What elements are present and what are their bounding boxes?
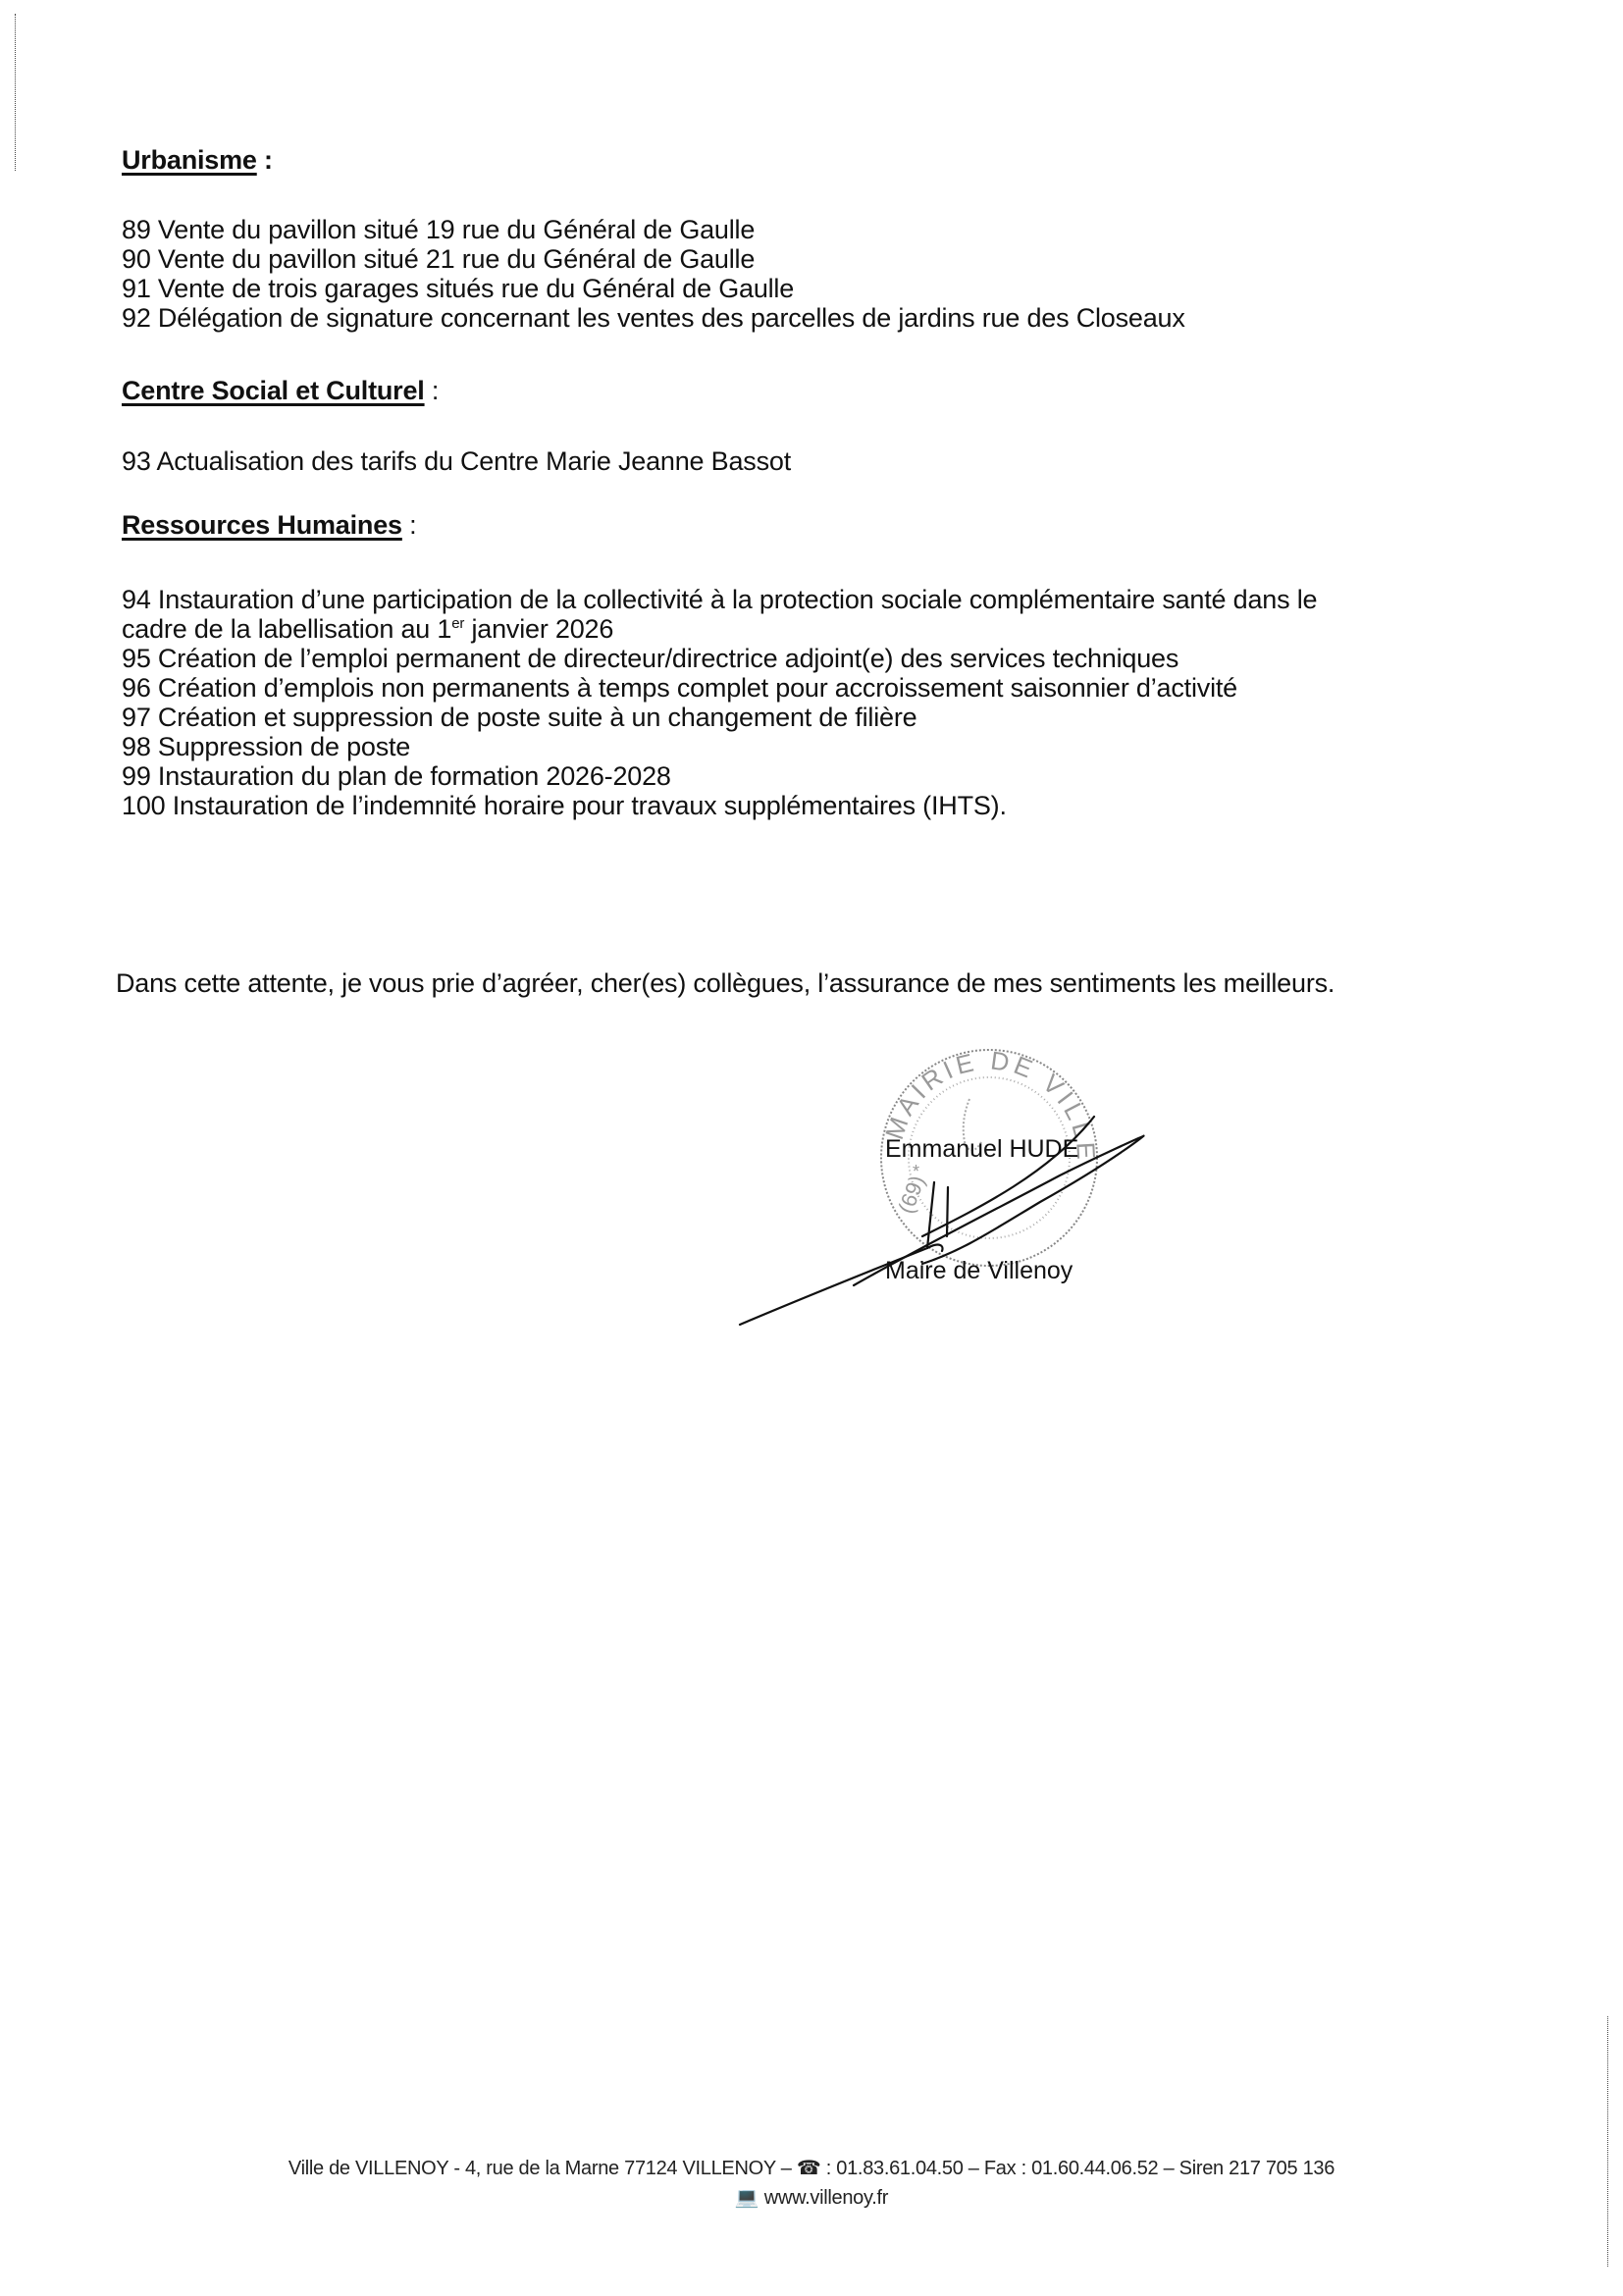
agenda-item: 91 Vente de trois garages situés rue du … <box>122 274 1554 303</box>
page-footer: Ville de VILLENOY - 4, rue de la Marne 7… <box>0 2154 1623 2213</box>
signatory-title: Maire de Villenoy <box>885 1257 1073 1285</box>
closing-paragraph: Dans cette attente, je vous prie d’agrée… <box>116 968 1421 998</box>
agenda-list-ressources-humaines: 94 Instauration d’une participation de l… <box>122 585 1554 820</box>
agenda-item: 95 Création de l’emploi permanent de dir… <box>122 644 1554 673</box>
agenda-list-centre-social: 93 Actualisation des tarifs du Centre Ma… <box>122 446 1554 476</box>
svg-text:(69): (69) <box>893 1173 929 1217</box>
agenda-item: 93 Actualisation des tarifs du Centre Ma… <box>122 446 1554 476</box>
official-stamp-icon: MAIRIE DE VILLENOY * (69) <box>726 1040 1178 1344</box>
footer-contact-line: Ville de VILLENOY - 4, rue de la Marne 7… <box>0 2154 1623 2183</box>
signature-block: MAIRIE DE VILLENOY * (69) Emmanuel HUDE … <box>726 1040 1178 1344</box>
telephone-icon: ☎ <box>797 2158 821 2179</box>
agenda-list-urbanisme: 89 Vente du pavillon situé 19 rue du Gén… <box>122 215 1554 333</box>
scan-edge-mark-left <box>15 14 17 171</box>
agenda-item: 90 Vente du pavillon situé 21 rue du Gén… <box>122 244 1554 274</box>
agenda-item: 92 Délégation de signature concernant le… <box>122 303 1554 333</box>
heading-colon: : <box>257 145 273 175</box>
footer-address: Ville de VILLENOY - 4, rue de la Marne 7… <box>288 2158 797 2179</box>
agenda-item: 100 Instauration de l’indemnité horaire … <box>122 791 1554 820</box>
signatory-name: Emmanuel HUDE <box>885 1135 1078 1164</box>
heading-colon: : <box>402 510 417 540</box>
section-heading-centre-social: Centre Social et Culturel : <box>122 376 1554 405</box>
agenda-item: 99 Instauration du plan de formation 202… <box>122 761 1554 791</box>
superscript: er <box>451 615 464 632</box>
agenda-item: 89 Vente du pavillon situé 19 rue du Gén… <box>122 215 1554 244</box>
agenda-item: 96 Création d’emplois non permanents à t… <box>122 673 1554 703</box>
agenda-item: 98 Suppression de poste <box>122 732 1554 761</box>
agenda-item: 94 Instauration d’une participation de l… <box>122 585 1554 614</box>
item-text: cadre de la labellisation au 1 <box>122 614 451 644</box>
section-heading-urbanisme: Urbanisme : <box>122 145 1554 175</box>
item-text: janvier 2026 <box>464 614 613 644</box>
heading-text: Centre Social et Culturel <box>122 376 425 405</box>
heading-colon: : <box>425 376 440 405</box>
footer-phone-fax-siren: : 01.83.61.04.50 – Fax : 01.60.44.06.52 … <box>821 2158 1335 2179</box>
footer-website-line: 💻 www.villenoy.fr <box>0 2183 1623 2213</box>
heading-text: Ressources Humaines <box>122 510 402 540</box>
section-heading-ressources-humaines: Ressources Humaines : <box>122 510 1554 540</box>
agenda-item: 97 Création et suppression de poste suit… <box>122 703 1554 732</box>
computer-icon: 💻 <box>735 2187 759 2209</box>
scan-edge-mark-right <box>1607 2016 1609 2267</box>
website-link[interactable]: www.villenoy.fr <box>764 2187 888 2209</box>
agenda-item-continuation: cadre de la labellisation au 1er janvier… <box>122 614 1554 644</box>
heading-text: Urbanisme <box>122 145 257 175</box>
